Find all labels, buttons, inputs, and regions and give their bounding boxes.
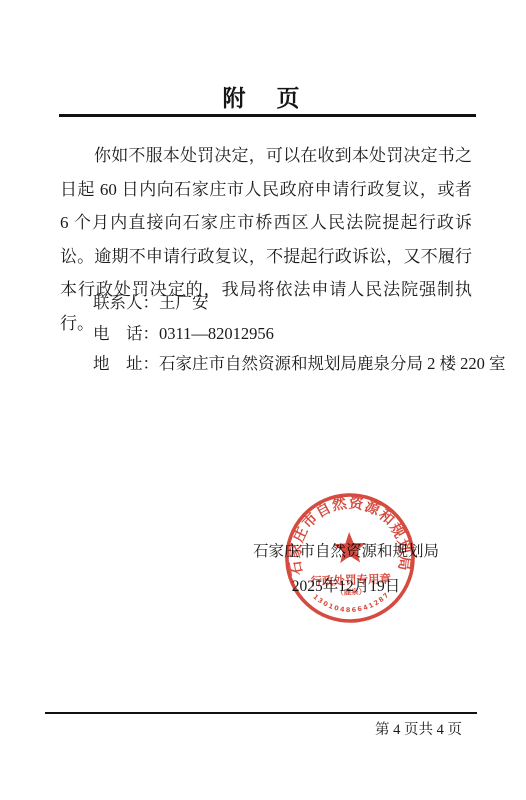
contact-person-label: 联系人： — [93, 293, 159, 312]
page-title: 附 页 — [0, 80, 526, 113]
signature-block: 石家庄市自然资源和规划局 2025年12月19日 — [226, 539, 466, 596]
contact-phone-row: 电 话：0311—82012956 — [93, 319, 506, 350]
contact-phone-value: 0311—82012956 — [159, 324, 274, 343]
signature-date: 2025年12月19日 — [226, 574, 466, 596]
contact-person-row: 联系人：王广安 — [93, 288, 506, 319]
footer-divider — [45, 712, 477, 714]
document-page: 附 页 你如不服本处罚决定，可以在收到本处罚决定书之日起 60 日内向石家庄市人… — [0, 0, 526, 800]
contact-block: 联系人：王广安 电 话：0311—82012956 地 址：石家庄市自然资源和规… — [93, 288, 506, 380]
contact-address-label: 地 址： — [93, 354, 159, 373]
contact-address-value: 石家庄市自然资源和规划局鹿泉分局 2 楼 220 室 — [159, 354, 506, 373]
contact-phone-label: 电 话： — [93, 324, 159, 343]
page-number: 第 4 页共 4 页 — [375, 718, 462, 739]
contact-address-row: 地 址：石家庄市自然资源和规划局鹿泉分局 2 楼 220 室 — [93, 349, 506, 380]
signature-org-name: 石家庄市自然资源和规划局 — [226, 539, 466, 561]
contact-person-value: 王广安 — [159, 293, 209, 312]
title-divider — [59, 114, 476, 117]
